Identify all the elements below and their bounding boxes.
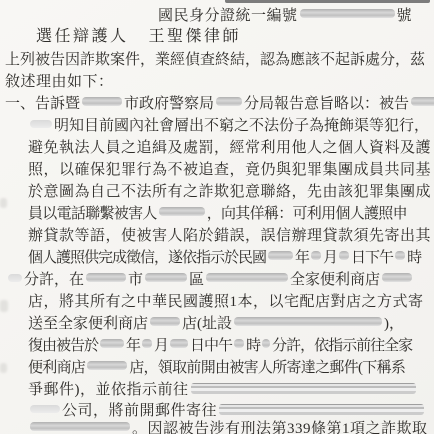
- body-line: 明知目前國內社會層出不窮之不法份子為掩飾渠等犯行，: [0, 116, 434, 136]
- redaction-bar: [216, 97, 242, 106]
- body-text: ，向其佯稱：可利用個人護照申: [207, 206, 407, 222]
- redaction-bar: [142, 339, 152, 348]
- body-text: 明知目前國內社會層出不窮之不法份子為掩飾渠等犯行，: [54, 118, 429, 134]
- body-text: 避免執法人員之追緝及處罰，經常利用他人之個人資料及護: [28, 140, 431, 156]
- body-line: 於意圖為自己不法所有之詐欺犯意聯絡，先由該犯罪集團成: [0, 182, 434, 202]
- body-text: 分局報告意旨略以：被告: [244, 96, 409, 112]
- scanned-legal-document: 國民身分證統一編號號 選任辯護人王聖傑律師 上列被告因詐欺案件，業經偵查終結，認…: [0, 0, 434, 434]
- redaction-bar: [150, 317, 180, 326]
- body-text: 員以電話聯繫被害人: [28, 206, 157, 222]
- body-text: 照，以確保犯罪行為不被追查，竟仍與犯罪集團成員共同基: [28, 162, 431, 178]
- redaction-bar: [159, 207, 205, 216]
- redaction-bar: [30, 422, 130, 431]
- defender-line: 選任辯護人王聖傑律師: [0, 27, 434, 47]
- defender-role-label: 選任辯護人: [36, 28, 129, 45]
- body-text: 復由被告於: [28, 338, 98, 354]
- redaction-bar: [8, 274, 22, 282]
- body-text: 年: [126, 338, 140, 354]
- body-text: 日中午: [190, 338, 232, 354]
- body-line: 爭郵件)，並依指示前往: [0, 380, 434, 400]
- redaction-bar: [234, 339, 244, 348]
- redaction-bar: [191, 383, 416, 394]
- body-line: 避免執法人員之追緝及處罰，經常利用他人之個人資料及護: [0, 138, 434, 158]
- redaction-bar: [300, 9, 395, 18]
- body-text: 全家便利商店: [290, 272, 380, 288]
- redaction-bar: [234, 317, 382, 326]
- redaction-bar: [382, 273, 412, 282]
- body-line: 便利商店店，領取前開由被害人所寄達之郵件(下稱系: [0, 358, 434, 378]
- redaction-bar: [395, 251, 405, 260]
- intro-line: 上列被告因詐欺案件，業經偵查終結，認為應該不起訴處分，茲: [0, 50, 434, 70]
- redaction-bar: [86, 273, 126, 282]
- redaction-bar: [30, 405, 60, 413]
- body-line: 公司，將前開郵件寄往: [0, 401, 434, 421]
- id-number-label: 國民身分證統一編號: [158, 8, 298, 24]
- body-text: 店，領取前開由被害人所寄達之郵件(下稱系: [129, 360, 405, 376]
- redaction-bar: [411, 97, 434, 106]
- body-text: 區: [189, 272, 204, 288]
- redaction-bar: [311, 251, 321, 260]
- redaction-bar: [225, 0, 430, 3]
- body-text: 月: [323, 250, 337, 266]
- body-text: 送至全家便利商店: [28, 316, 148, 332]
- body-text: 市政府警察局: [124, 96, 214, 112]
- body-text: 於意圖為自己不法所有之詐欺犯意聯絡，先由該犯罪集團成: [28, 184, 431, 200]
- body-text: 便利商店: [28, 360, 85, 376]
- body-line: 個人護照供完成徵信，遂依指示於民國年月日下午時: [0, 248, 434, 268]
- redaction-bar: [268, 251, 293, 260]
- body-line: 分許，在市區全家便利商店: [0, 270, 434, 290]
- body-text: 月: [154, 338, 168, 354]
- defender-name: 王聖傑律師: [149, 28, 242, 45]
- id-number-suffix: 號: [397, 8, 413, 24]
- body-line: 照，以確保犯罪行為不被追查，竟仍與犯罪集團成員共同基: [0, 160, 434, 180]
- body-text: 。因認被告涉有刑法第339條第1項之詐欺取: [132, 421, 428, 434]
- id-number-line: 國民身分證統一編號號: [0, 6, 434, 26]
- redaction-bar: [219, 404, 424, 415]
- body-text: 爭郵件)，並依指示前往: [28, 382, 189, 398]
- body-line: 店，將其所有之中華民國護照1本，以宅配店對店之方式寄: [0, 292, 434, 312]
- redaction-bar: [30, 120, 52, 128]
- redaction-bar: [170, 339, 188, 348]
- body-text: 時: [246, 338, 260, 354]
- body-text: 辦貸款等語，使被害人陷於錯誤，誤信辦理貸款須先寄出其: [28, 228, 431, 244]
- body-line: 。因認被告涉有刑法第339條第1項之詐欺取: [0, 419, 434, 434]
- body-text: 年: [295, 250, 309, 266]
- item-one-head-line: 一、告訴暨市政府警察局分局報告意旨略以：被告: [0, 94, 434, 114]
- body-text: )，: [384, 316, 404, 332]
- body-line: 復由被告於年月日中午時分許，依指示前往全家: [0, 336, 434, 356]
- body-text: 告訴暨: [35, 96, 80, 112]
- body-text: 敘述理由如下：: [5, 74, 114, 90]
- redaction-bar: [339, 251, 349, 260]
- redaction-bar: [262, 339, 270, 348]
- body-line: 員以電話聯繫被害人，向其佯稱：可利用個人護照申: [0, 204, 434, 224]
- redaction-bar: [82, 97, 122, 106]
- body-text: 時: [407, 250, 421, 266]
- redaction-bar: [145, 273, 187, 282]
- body-text: 店，將其所有之中華民國護照1本，以宅配店對店之方式寄: [28, 294, 424, 310]
- body-text: 日下午: [351, 250, 393, 266]
- item-number: 一、: [5, 96, 35, 112]
- body-text: 公司，將前開郵件寄往: [62, 403, 217, 419]
- body-text: 店(址設: [182, 316, 232, 332]
- redaction-bar: [206, 273, 288, 282]
- body-line: 辦貸款等語，使被害人陷於錯誤，誤信辦理貸款須先寄出其: [0, 226, 434, 246]
- body-text: 分許，依指示前往全家: [272, 338, 412, 354]
- body-text: 分許，在: [24, 272, 84, 288]
- redaction-bar: [100, 339, 124, 348]
- intro-line: 敘述理由如下：: [0, 72, 434, 92]
- body-text: 上列被告因詐欺案件，業經偵查終結，認為應該不起訴處分，茲: [5, 52, 425, 68]
- body-line: 送至全家便利商店店(址設)，: [0, 314, 434, 334]
- body-text: 個人護照供完成徵信，遂依指示於民國: [28, 250, 266, 266]
- redaction-bar: [87, 361, 127, 370]
- body-text: 市: [128, 272, 143, 288]
